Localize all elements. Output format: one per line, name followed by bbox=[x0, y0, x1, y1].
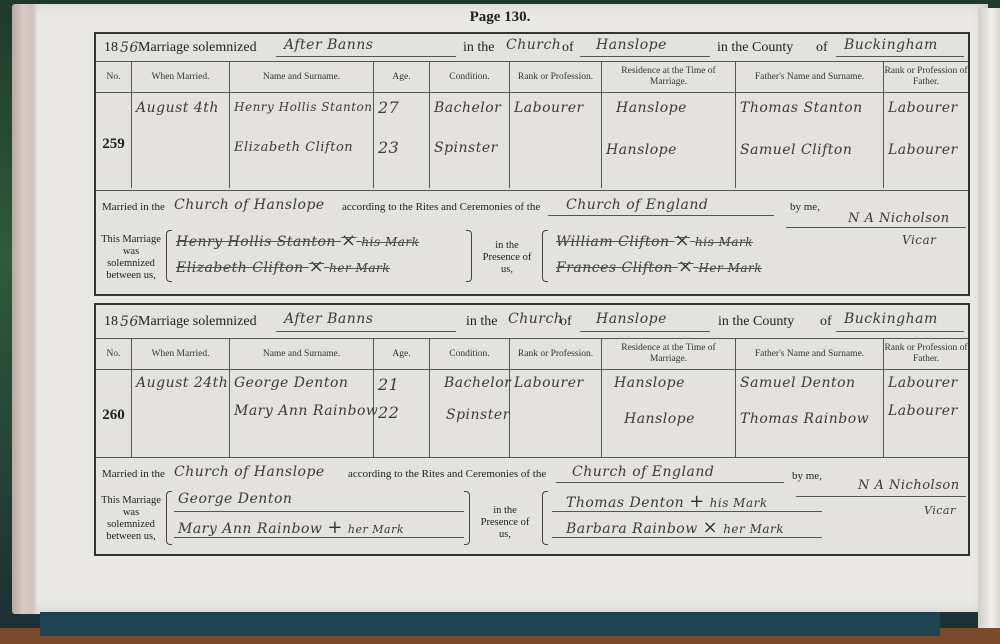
bride-age: 22 bbox=[378, 403, 427, 422]
bride-condition: Spinster bbox=[434, 140, 507, 156]
column-no: No. 259 bbox=[96, 62, 132, 188]
presence-label: in the Presence of us, bbox=[482, 240, 532, 276]
groom-father: Thomas Stanton bbox=[740, 100, 881, 116]
column-father-rank: Rank or Profession of Father. Labourer L… bbox=[884, 62, 968, 188]
year-prefix: 18 bbox=[104, 40, 118, 56]
bride-father: Thomas Rainbow bbox=[740, 411, 881, 427]
bride-father: Samuel Clifton bbox=[740, 142, 881, 158]
entry-table: No. 259 When Married. August 4th Name an… bbox=[96, 61, 968, 188]
groom-age: 27 bbox=[378, 98, 427, 117]
bride-father-rank: Labourer bbox=[888, 403, 966, 419]
column-residence: Residence at the Time of Marriage. Hansl… bbox=[602, 62, 736, 188]
county-of-label: of bbox=[816, 40, 828, 56]
officiant: N A Nicholson bbox=[848, 211, 950, 226]
fill-line bbox=[836, 56, 964, 57]
groom-condition: Bachelor bbox=[444, 375, 507, 391]
groom-name: Henry Hollis Stanton bbox=[234, 100, 371, 114]
witness-2: Barbara Rainbow × her Mark bbox=[566, 517, 784, 538]
column-age: Age. 27 23 bbox=[374, 62, 430, 188]
bride-age: 23 bbox=[378, 138, 427, 157]
groom-rank: Labourer bbox=[514, 100, 599, 116]
column-father-name: Father's Name and Surname. Thomas Stanto… bbox=[736, 62, 884, 188]
married-in-row: Married in the Church of Hanslope accord… bbox=[96, 190, 968, 221]
bride-residence: Hanslope bbox=[624, 411, 733, 427]
groom-name: George Denton bbox=[234, 375, 371, 391]
bride-condition: Spinster bbox=[446, 407, 507, 423]
bride-residence: Hanslope bbox=[606, 142, 733, 158]
groom-age: 21 bbox=[378, 375, 427, 394]
groom-father-rank: Labourer bbox=[888, 375, 966, 391]
entry-title-row: 18 56 Marriage solemnized After Banns in… bbox=[96, 305, 968, 338]
place: Hanslope bbox=[596, 37, 667, 53]
fill-line bbox=[580, 56, 710, 57]
groom-father: Samuel Denton bbox=[740, 375, 881, 391]
bride-father-rank: Labourer bbox=[888, 142, 966, 158]
signature-bride: Mary Ann Rainbow + her Mark bbox=[178, 517, 404, 538]
signature-groom: George Denton bbox=[178, 491, 292, 507]
marriage-entry-259: 18 56 Marriage solemnized After Banns in… bbox=[94, 32, 970, 296]
rites: Church of England bbox=[566, 197, 708, 213]
bride-name: Elizabeth Clifton bbox=[234, 140, 371, 155]
in-the-label: in the bbox=[463, 40, 495, 56]
groom-residence: Hanslope bbox=[614, 375, 733, 391]
bride-name: Mary Ann Rainbow bbox=[234, 403, 371, 419]
entry-number: 260 bbox=[96, 407, 131, 424]
column-rank: Rank or Profession. Labourer bbox=[510, 62, 602, 188]
county: Buckingham bbox=[844, 37, 938, 53]
when-married: August 4th bbox=[136, 100, 227, 116]
groom-residence: Hanslope bbox=[616, 100, 733, 116]
witness-1: Thomas Denton + his Mark bbox=[566, 491, 768, 512]
witness-2: Frances Clifton × Her Mark bbox=[556, 256, 762, 277]
page-number: Page 130. bbox=[0, 9, 1000, 26]
witness-1: William Clifton × his Mark bbox=[556, 230, 753, 251]
county-label: in the County bbox=[717, 40, 793, 56]
book-cover bbox=[40, 610, 940, 636]
fill-line bbox=[276, 56, 456, 57]
entry-number: 259 bbox=[96, 136, 131, 153]
year-suffix: 56 bbox=[120, 40, 139, 56]
signature-groom: Henry Hollis Stanton × his Mark bbox=[176, 230, 419, 251]
officiant-title: Vicar bbox=[902, 233, 936, 247]
column-name: Name and Surname. Henry Hollis Stanton E… bbox=[230, 62, 374, 188]
when-married: August 24th bbox=[136, 375, 227, 391]
entry-table: No. 260 When Married. August 24th Name a… bbox=[96, 338, 968, 457]
groom-rank: Labourer bbox=[514, 375, 599, 391]
column-condition: Condition. Bachelor Spinster bbox=[430, 62, 510, 188]
married-in-row: Married in the Church of Hanslope accord… bbox=[96, 457, 968, 488]
facing-page-edge bbox=[978, 8, 1000, 628]
groom-father-rank: Labourer bbox=[888, 100, 966, 116]
solemnized-by: After Banns bbox=[284, 37, 373, 53]
column-when-married: When Married. August 4th bbox=[132, 62, 230, 188]
entry-title-row: 18 56 Marriage solemnized After Banns in… bbox=[96, 34, 968, 62]
groom-condition: Bachelor bbox=[434, 100, 507, 116]
of-label: of bbox=[562, 40, 574, 56]
solemnized-label: Marriage solemnized bbox=[138, 40, 257, 56]
place-type: Church bbox=[506, 37, 561, 53]
married-in: Church of Hanslope bbox=[174, 197, 325, 213]
signature-bride: Elizabeth Clifton × her Mark bbox=[176, 256, 390, 277]
between-us-label: This Marriage was solemnized between us, bbox=[100, 234, 162, 282]
marriage-entry-260: 18 56 Marriage solemnized After Banns in… bbox=[94, 303, 970, 556]
